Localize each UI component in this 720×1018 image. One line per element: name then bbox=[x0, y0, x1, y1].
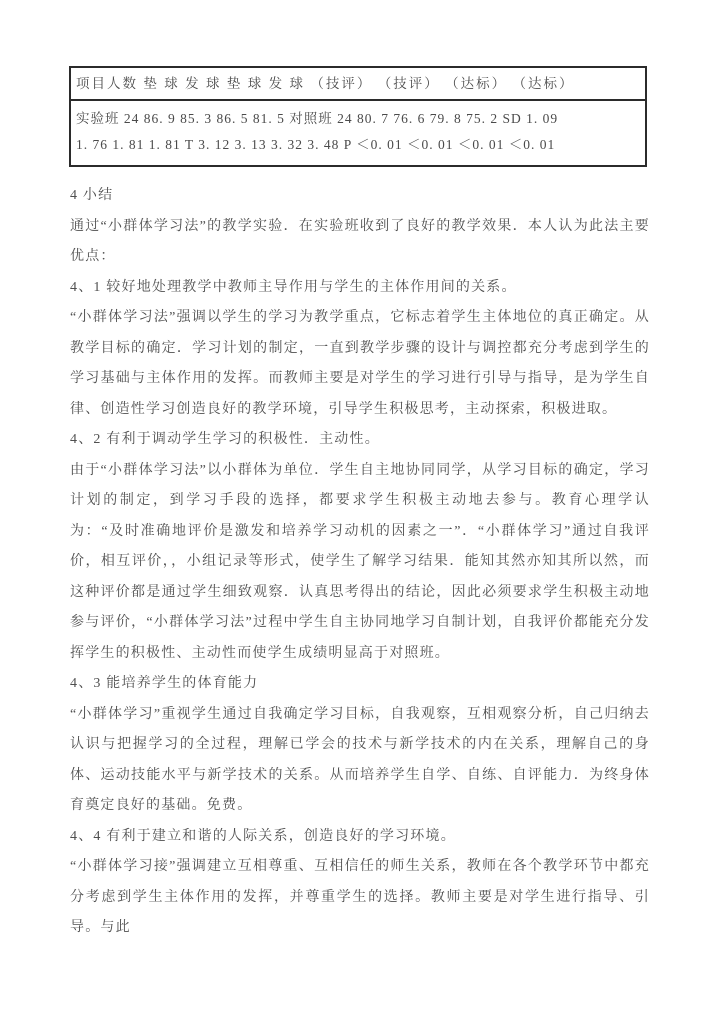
table-row: 1. 76 1. 81 1. 81 T 3. 12 3. 13 3. 32 3.… bbox=[76, 132, 640, 158]
paragraph-4-3: “小群体学习”重视学生通过自我确定学习目标，自我观察，互相观察分析，自己归纳去认… bbox=[70, 700, 650, 822]
paragraph-4-2: 由于“小群体学习法”以小群体为单位．学生自主地协同同学，从学习目标的确定，学习计… bbox=[70, 456, 650, 670]
document-page: 项目人数 垫 球 发 球 垫 球 发 球 （技评） （技评） （达标） （达标）… bbox=[0, 0, 720, 1018]
section-heading-4-4: 4、4 有利于建立和谐的人际关系，创造良好的学习环境。 bbox=[70, 822, 650, 853]
section-heading-4-1: 4、1 较好地处理教学中教师主导作用与学生的主体作用间的关系。 bbox=[70, 273, 650, 304]
document-body: 4 小结 通过“小群体学习法”的教学实验．在实验班收到了良好的教学效果．本人认为… bbox=[70, 181, 650, 944]
table-body: 实验班 24 86. 9 85. 3 86. 5 81. 5 对照班 24 80… bbox=[71, 101, 645, 165]
section-heading-4-3: 4、3 能培养学生的体育能力 bbox=[70, 669, 650, 700]
paragraph-4-1: “小群体学习法”强调以学生的学习为教学重点，它标志着学生主体地位的真正确定。从教… bbox=[70, 303, 650, 425]
table-header-row: 项目人数 垫 球 发 球 垫 球 发 球 （技评） （技评） （达标） （达标） bbox=[71, 68, 645, 101]
section-heading-summary: 4 小结 bbox=[70, 181, 650, 212]
section-heading-4-2: 4、2 有利于调动学生学习的积极性．主动性。 bbox=[70, 425, 650, 456]
paragraph-intro: 通过“小群体学习法”的教学实验．在实验班收到了良好的教学效果．本人认为此法主要优… bbox=[70, 212, 650, 273]
table-row: 实验班 24 86. 9 85. 3 86. 5 81. 5 对照班 24 80… bbox=[76, 106, 640, 132]
results-table: 项目人数 垫 球 发 球 垫 球 发 球 （技评） （技评） （达标） （达标）… bbox=[69, 66, 647, 167]
paragraph-4-4: “小群体学习接”强调建立互相尊重、互相信任的师生关系，教师在各个教学环节中都充分… bbox=[70, 852, 650, 944]
